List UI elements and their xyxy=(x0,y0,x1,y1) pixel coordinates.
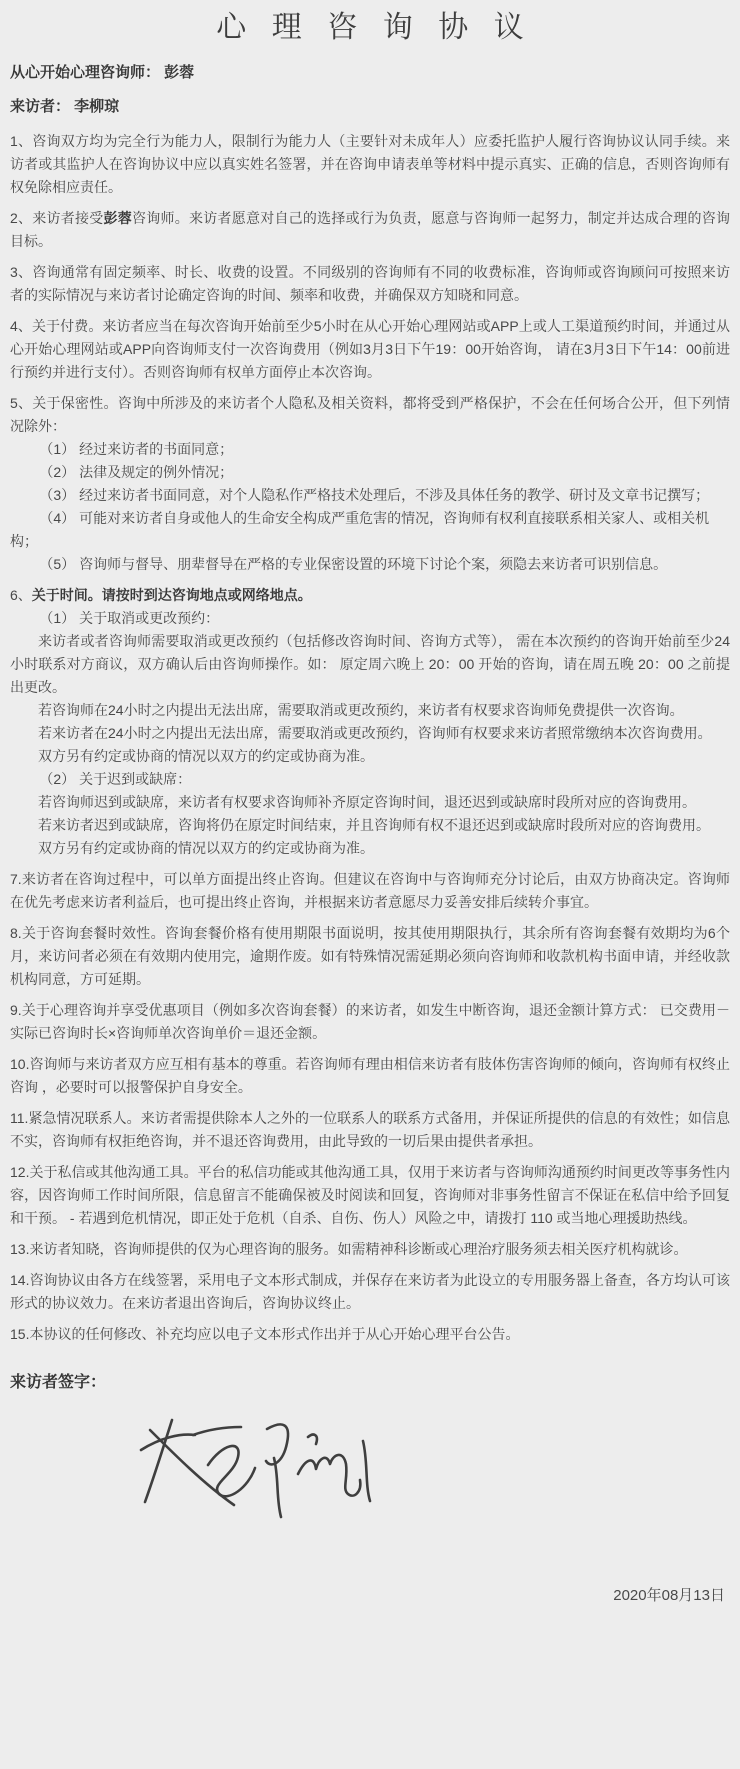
agreement-section: 3、咨询通常有固定频率、时长、收费的设置。不同级别的咨询师有不同的收费标准，咨询… xyxy=(10,261,730,307)
paragraph: （1） 关于取消或更改预约： xyxy=(10,607,730,630)
agreement-section: 8.关于咨询套餐时效性。咨询套餐价格有使用期限书面说明，按其使用期限执行，其余所… xyxy=(10,922,730,991)
agreement-section: 4、关于付费。来访者应当在每次咨询开始前至少5小时在从心开始心理网站或APP上或… xyxy=(10,315,730,384)
agreement-section: 9.关于心理咨询并享受优惠项目（例如多次咨询套餐）的来访者，如发生中断咨询，退还… xyxy=(10,999,730,1045)
paragraph: 来访者或者咨询师需要取消或更改预约（包括修改咨询时间、咨询方式等）， 需在本次预… xyxy=(10,630,730,699)
paragraph: 8.关于咨询套餐时效性。咨询套餐价格有使用期限书面说明，按其使用期限执行，其余所… xyxy=(10,922,730,991)
paragraph: 双方另有约定或协商的情况以双方的约定或协商为准。 xyxy=(10,745,730,768)
signature-date: 2020年08月13日 xyxy=(10,1586,730,1606)
paragraph: 11.紧急情况联系人。来访者需提供除本人之外的一位联系人的联系方式备用，并保证所… xyxy=(10,1107,730,1153)
agreement-section: 12.关于私信或其他沟通工具。平台的私信功能或其他沟通工具，仅用于来访者与咨询师… xyxy=(10,1161,730,1230)
document-title: 心理咨询协议 xyxy=(10,10,730,46)
paragraph: 若来访者在24小时之内提出无法出席，需要取消或更改预约，咨询师有权要求来访者照常… xyxy=(10,722,730,745)
agreement-section: 7.来访者在咨询过程中，可以单方面提出终止咨询。但建议在咨询中与咨询师充分讨论后… xyxy=(10,868,730,914)
paragraph: （2） 法律及规定的例外情况； xyxy=(10,461,730,484)
handwritten-signature-icon xyxy=(138,1408,378,1526)
paragraph: 14.咨询协议由各方在线签署，采用电子文本形式制成，并保存在来访者为此设立的专用… xyxy=(10,1269,730,1315)
client-line: 来访者： 李柳琼 xyxy=(10,96,730,117)
paragraph: 双方另有约定或协商的情况以双方的约定或协商为准。 xyxy=(10,837,730,860)
paragraph: 5、关于保密性。咨询中所涉及的来访者个人隐私及相关资料，都将受到严格保护，不会在… xyxy=(10,392,730,438)
agreement-section: 2、来访者接受彭蓉咨询师。来访者愿意对自己的选择或行为负责，愿意与咨询师一起努力… xyxy=(10,207,730,253)
paragraph: 15.本协议的任何修改、补充均应以电子文本形式作出并于从心开始心理平台公告。 xyxy=(10,1323,730,1346)
agreement-section: 5、关于保密性。咨询中所涉及的来访者个人隐私及相关资料，都将受到严格保护，不会在… xyxy=(10,392,730,576)
counselor-line: 从心开始心理咨询师： 彭蓉 xyxy=(10,62,730,83)
paragraph: 2、来访者接受彭蓉咨询师。来访者愿意对自己的选择或行为负责，愿意与咨询师一起努力… xyxy=(10,207,730,253)
paragraph: 12.关于私信或其他沟通工具。平台的私信功能或其他沟通工具，仅用于来访者与咨询师… xyxy=(10,1161,730,1230)
signature-area xyxy=(138,1408,730,1526)
agreement-page: 心理咨询协议 从心开始心理咨询师： 彭蓉 来访者： 李柳琼 1、咨询双方均为完全… xyxy=(0,0,740,1606)
agreement-section: 6、关于时间。请按时到达咨询地点或网络地点。（1） 关于取消或更改预约：来访者或… xyxy=(10,584,730,860)
paragraph: 若咨询师迟到或缺席，来访者有权要求咨询师补齐原定咨询时间，退还迟到或缺席时段所对… xyxy=(10,791,730,814)
agreement-section: 14.咨询协议由各方在线签署，采用电子文本形式制成，并保存在来访者为此设立的专用… xyxy=(10,1269,730,1315)
paragraph: 7.来访者在咨询过程中，可以单方面提出终止咨询。但建议在咨询中与咨询师充分讨论后… xyxy=(10,868,730,914)
paragraph: （1） 经过来访者的书面同意； xyxy=(10,438,730,461)
agreement-section: 1、咨询双方均为完全行为能力人，限制行为能力人（主要针对未成年人）应委托监护人履… xyxy=(10,130,730,199)
paragraph: 4、关于付费。来访者应当在每次咨询开始前至少5小时在从心开始心理网站或APP上或… xyxy=(10,315,730,384)
agreement-section: 11.紧急情况联系人。来访者需提供除本人之外的一位联系人的联系方式备用，并保证所… xyxy=(10,1107,730,1153)
paragraph: 9.关于心理咨询并享受优惠项目（例如多次咨询套餐）的来访者，如发生中断咨询，退还… xyxy=(10,999,730,1045)
agreement-body: 1、咨询双方均为完全行为能力人，限制行为能力人（主要针对未成年人）应委托监护人履… xyxy=(10,130,730,1346)
paragraph: 若咨询师在24小时之内提出无法出席，需要取消或更改预约，来访者有权要求咨询师免费… xyxy=(10,699,730,722)
paragraph: （4） 可能对来访者自身或他人的生命安全构成严重危害的情况，咨询师有权利直接联系… xyxy=(10,507,730,553)
agreement-section: 13.来访者知晓，咨询师提供的仅为心理咨询的服务。如需精神科诊断或心理治疗服务须… xyxy=(10,1238,730,1261)
signature-label: 来访者签字： xyxy=(10,1372,730,1394)
agreement-section: 10.咨询师与来访者双方应互相有基本的尊重。若咨询师有理由相信来访者有肢体伤害咨… xyxy=(10,1053,730,1099)
paragraph: （3） 经过来访者书面同意，对个人隐私作严格技术处理后，不涉及具体任务的教学、研… xyxy=(10,484,730,507)
paragraph: 若来访者迟到或缺席，咨询将仍在原定时间结束，并且咨询师有权不退还迟到或缺席时段所… xyxy=(10,814,730,837)
paragraph: （5） 咨询师与督导、朋辈督导在严格的专业保密设置的环境下讨论个案，须隐去来访者… xyxy=(10,553,730,576)
paragraph: 6、关于时间。请按时到达咨询地点或网络地点。 xyxy=(10,584,730,607)
paragraph: 3、咨询通常有固定频率、时长、收费的设置。不同级别的咨询师有不同的收费标准，咨询… xyxy=(10,261,730,307)
paragraph: 13.来访者知晓，咨询师提供的仅为心理咨询的服务。如需精神科诊断或心理治疗服务须… xyxy=(10,1238,730,1261)
paragraph: （2） 关于迟到或缺席： xyxy=(10,768,730,791)
paragraph: 10.咨询师与来访者双方应互相有基本的尊重。若咨询师有理由相信来访者有肢体伤害咨… xyxy=(10,1053,730,1099)
paragraph: 1、咨询双方均为完全行为能力人，限制行为能力人（主要针对未成年人）应委托监护人履… xyxy=(10,130,730,199)
agreement-section: 15.本协议的任何修改、补充均应以电子文本形式作出并于从心开始心理平台公告。 xyxy=(10,1323,730,1346)
